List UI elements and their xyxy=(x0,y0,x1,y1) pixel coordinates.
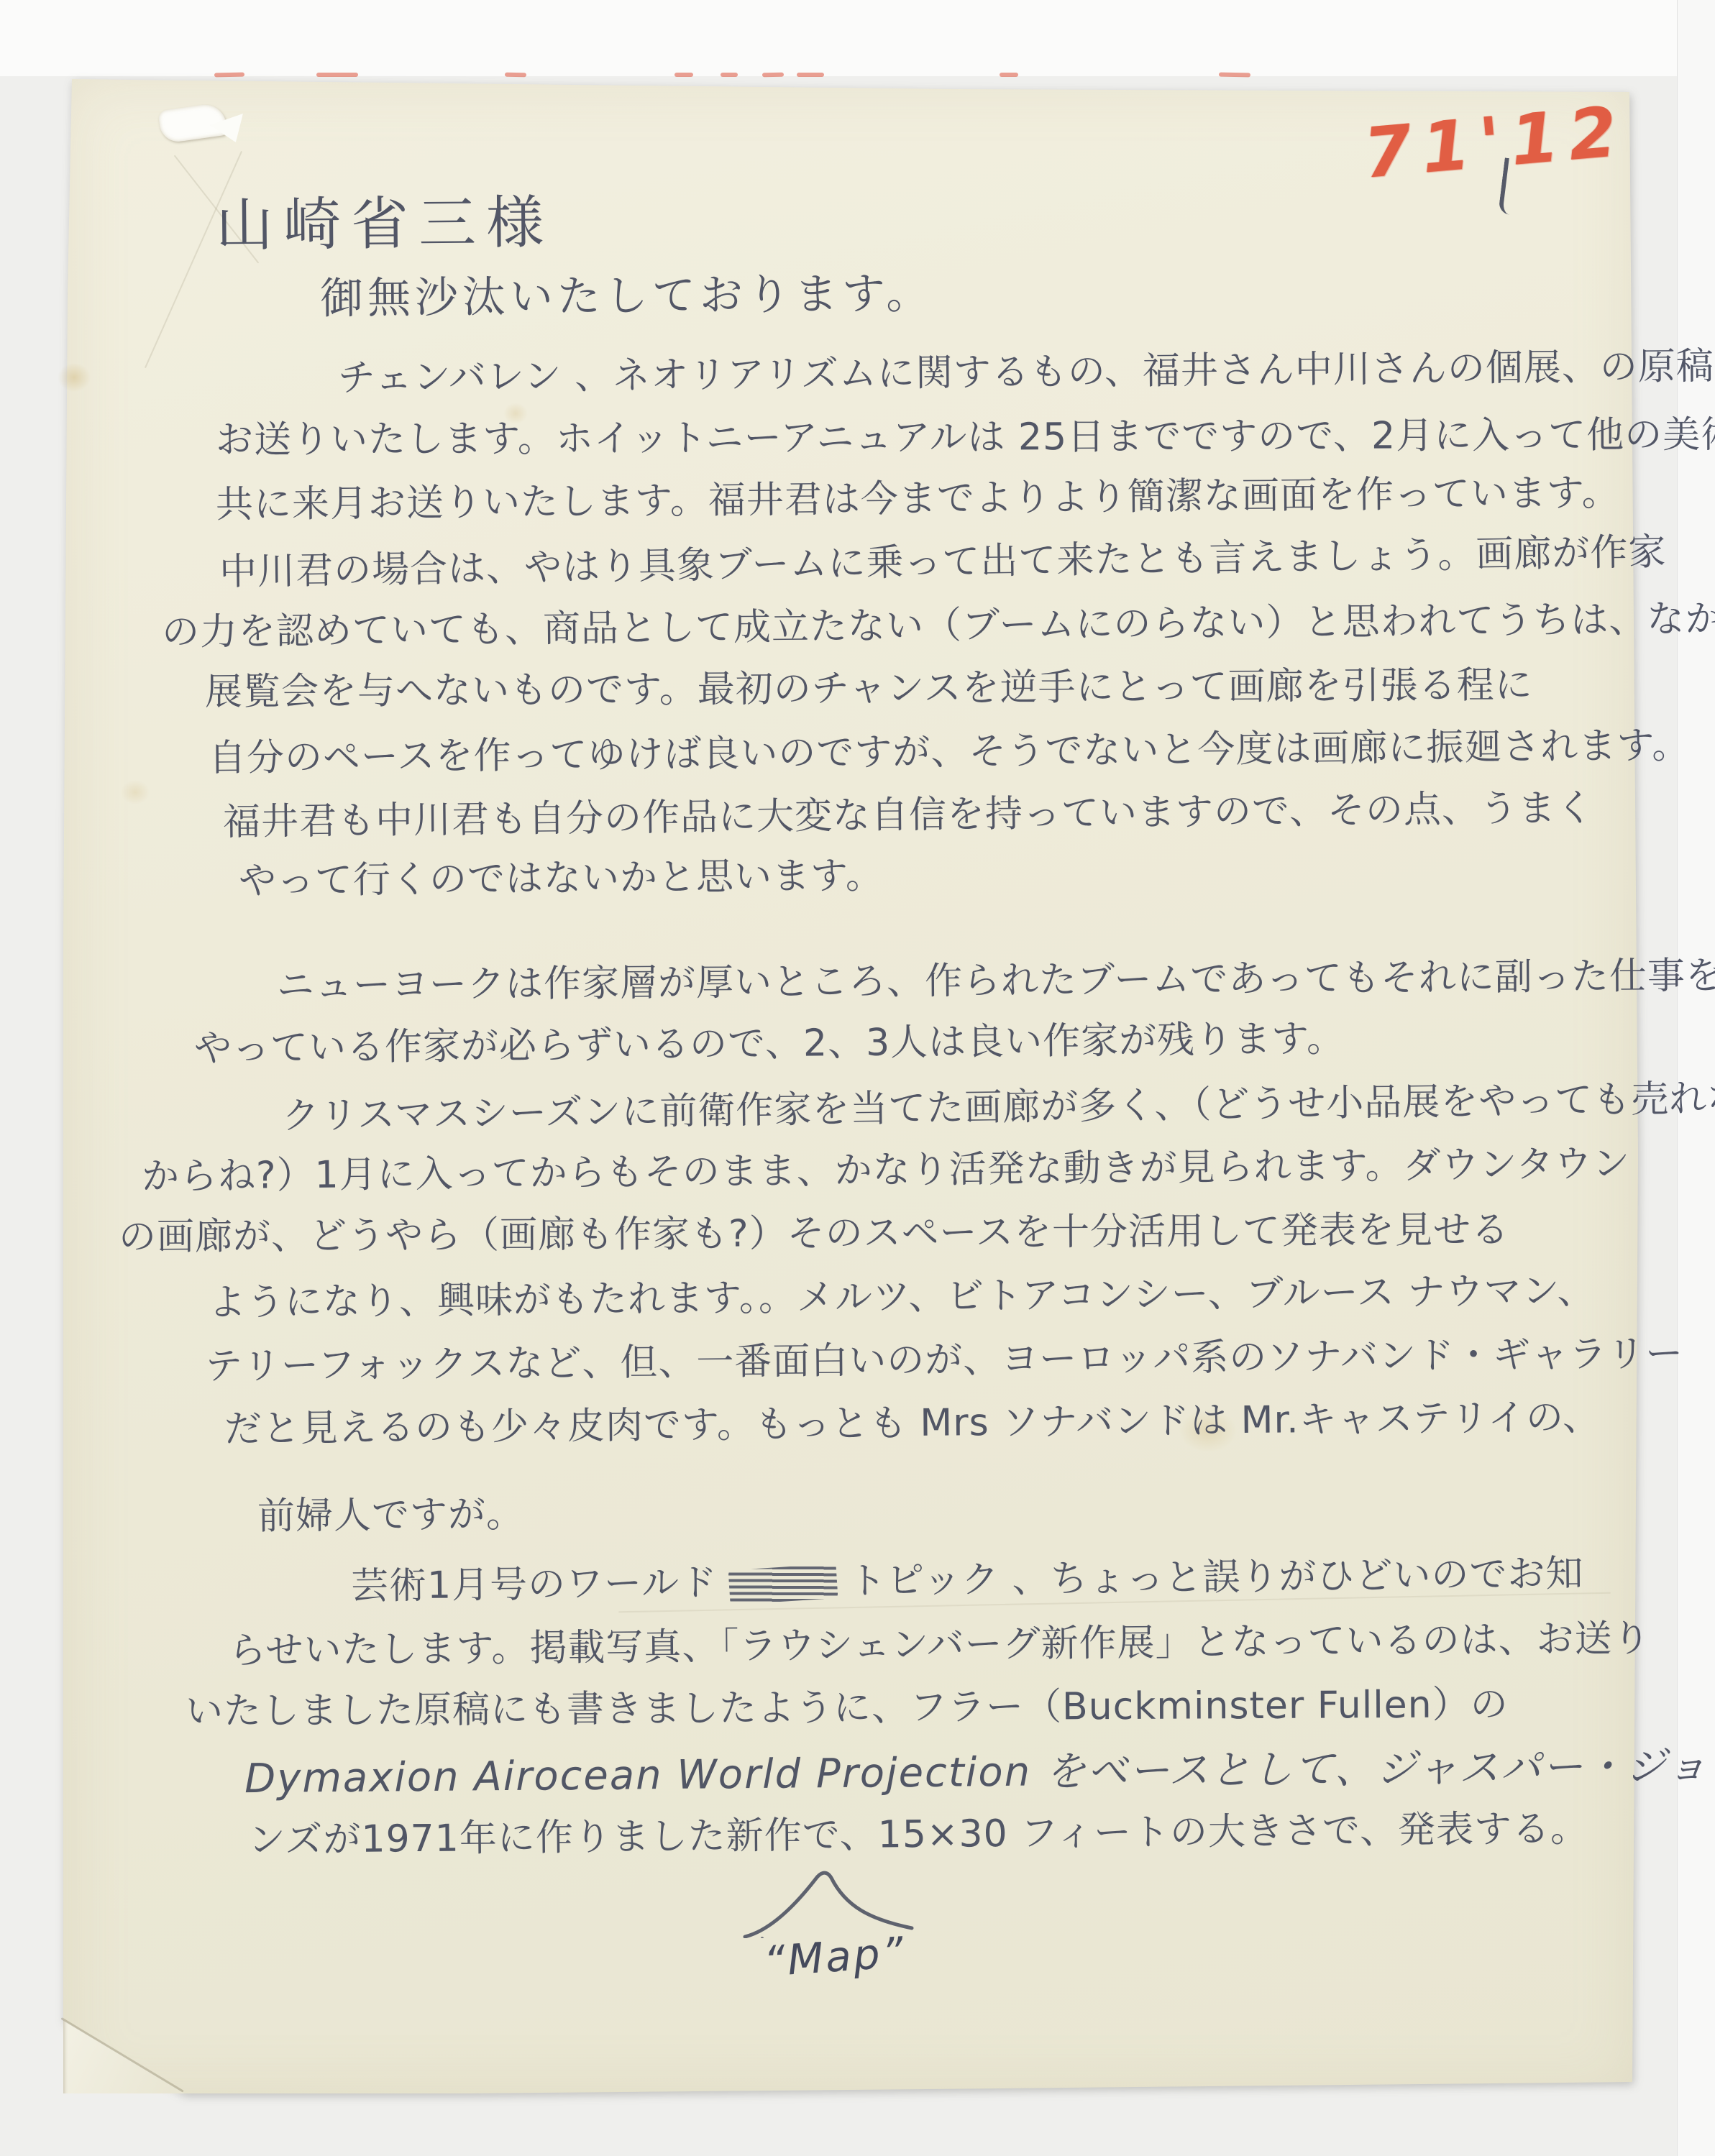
letter-line-pre: 芸術1月号のワールド xyxy=(351,1561,718,1608)
red-edge-mark xyxy=(1000,73,1018,77)
scribbled-out-word xyxy=(728,1564,838,1605)
red-edge-mark xyxy=(721,73,738,77)
red-edge-mark xyxy=(214,73,244,78)
letter-line: だと見えるのも少々皮肉です。もっとも Mrs ソナバンドは Mr.キャステリイの… xyxy=(224,1399,1601,1449)
red-edge-mark xyxy=(797,73,824,77)
red-edge-mark xyxy=(1219,73,1250,78)
red-edge-mark xyxy=(762,73,784,78)
map-annotation: “Map” xyxy=(762,1927,907,1986)
red-edge-mark xyxy=(505,73,526,78)
paper-stain xyxy=(121,780,150,804)
letter-line: 展覧会を与へないものです。最初のチャンスを逆手にとって画廊を引張る程に xyxy=(205,666,1533,711)
letter-line: お送りいたします。ホイットニーアニュアルは 25日までですので、2月に入って他の… xyxy=(216,416,1715,459)
scanned-letter-page: { "colors": { "scan_background": "#efefe… xyxy=(0,0,1715,2156)
letter-line-post: トピック 、ちょっと誤りがひどいのでお知 xyxy=(849,1552,1584,1603)
letter-line: チェンバレン 、ネオリアリズムに関するもの、福井さん中川さんの個展、の原稿 xyxy=(338,348,1714,398)
red-edge-mark xyxy=(674,73,693,77)
letter-line: やっている作家が必らずいるので、2、3人は良い作家が残ります。 xyxy=(194,1020,1345,1068)
letter-line: いたしました原稿にも書きましたように、フラー（Buckminster Fulle… xyxy=(186,1686,1509,1730)
letter-line: 前婦人ですが。 xyxy=(257,1495,524,1535)
letter-line: ニューヨークは作家層が厚いところ、作られたブームであってもそれに副った仕事を長年 xyxy=(277,957,1715,1005)
paper-stain xyxy=(58,363,91,392)
greeting-line: 御無沙汰いたしております。 xyxy=(320,272,934,320)
letter-line: ようになり、興味がもたれます。。メルツ、ビトアコンシー、ブルース ナウマン、 xyxy=(209,1272,1596,1322)
letter-line: の画廊が、どうやら（画廊も作家も?）そのスペースを十分活用して発表を見せる xyxy=(119,1211,1509,1256)
red-edge-mark xyxy=(316,73,358,77)
letter-line: ンズが1971年に作りました新作で、15×30 フィートの大きさで、発表する。 xyxy=(248,1810,1588,1859)
salutation: 山崎省三様 xyxy=(216,194,554,254)
letter-line: やって行くのではないかと思います。 xyxy=(239,857,884,900)
upward-curly-brace xyxy=(741,1866,920,1938)
